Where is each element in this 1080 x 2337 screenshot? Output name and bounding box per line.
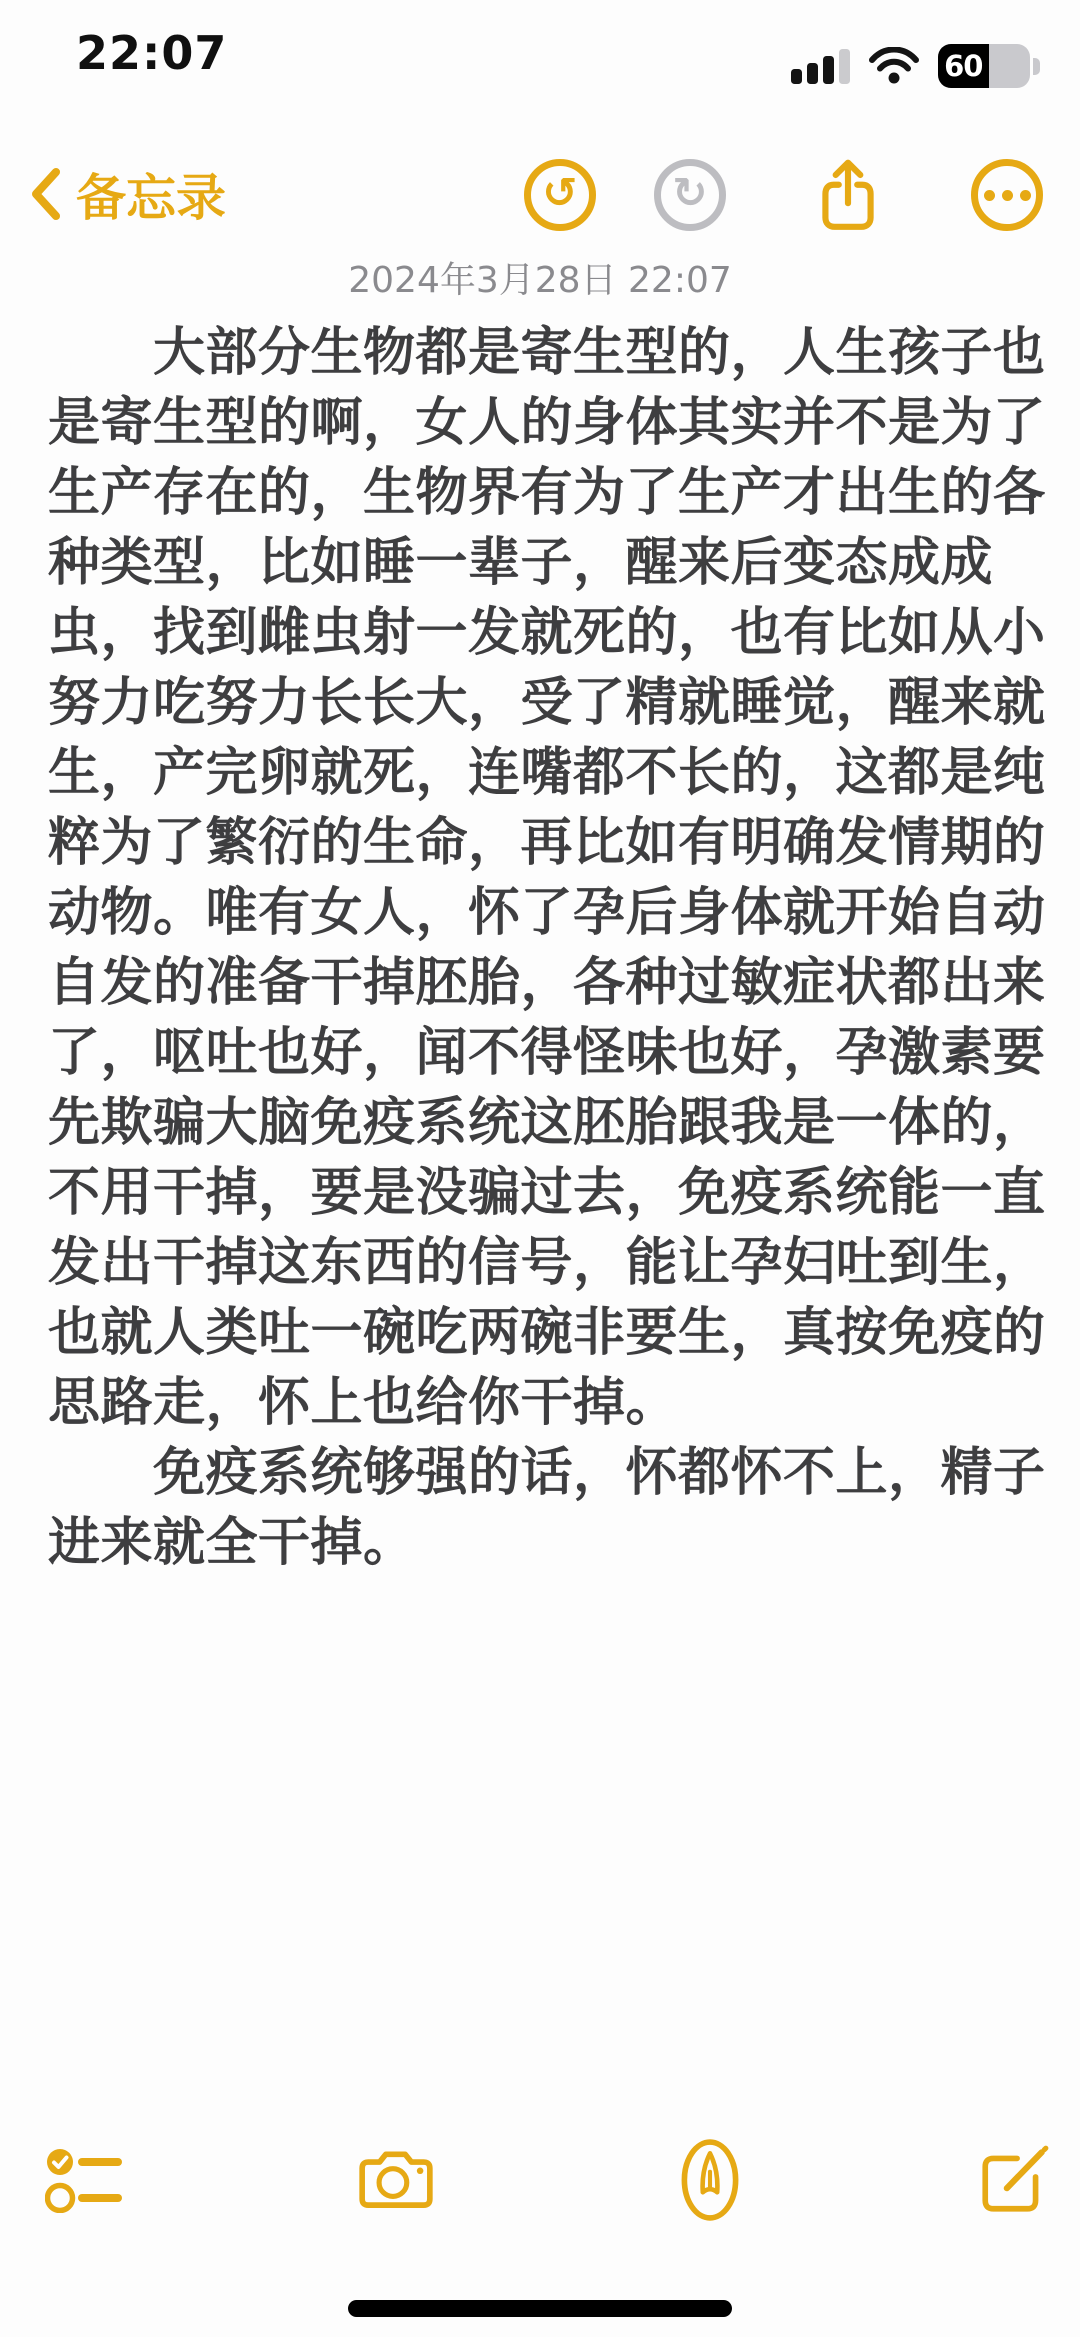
note-date: 2024年3月28日 22:07 <box>0 252 1080 303</box>
checklist-icon <box>45 2147 123 2213</box>
camera-button[interactable] <box>344 2128 448 2232</box>
cellular-signal-icon <box>791 48 850 84</box>
battery-percent: 60 <box>944 49 982 83</box>
note-text-line: 自发的准备干掉胚胎，各种过敏症状都出来 <box>48 948 1040 1018</box>
wifi-icon <box>868 47 920 85</box>
note-text-line: 生，产完卵就死，连嘴都不长的，这都是纯 <box>48 738 1040 808</box>
undo-icon: ↺ <box>524 159 596 231</box>
markup-pen-icon <box>680 2138 740 2222</box>
note-text-line: 不用干掉，要是没骗过去，免疫系统能一直 <box>48 1158 1040 1228</box>
undo-button[interactable]: ↺ <box>518 153 602 237</box>
note-text-line: 是寄生型的啊，女人的身体其实并不是为了 <box>48 388 1040 458</box>
chevron-left-icon <box>30 168 60 220</box>
note-text-line: 先欺骗大脑免疫系统这胚胎跟我是一体的， <box>48 1088 1040 1158</box>
more-button[interactable] <box>965 153 1049 237</box>
note-text-line: 动物。唯有女人，怀了孕后身体就开始自动 <box>48 878 1040 948</box>
note-text-line: 了，呕吐也好，闻不得怪味也好，孕激素要 <box>48 1018 1040 1088</box>
redo-icon: ↻ <box>654 159 726 231</box>
battery-cap <box>1033 58 1040 75</box>
camera-icon <box>356 2148 436 2212</box>
share-button[interactable] <box>806 153 890 237</box>
note-text-line: 免疫系统够强的话，怀都怀不上，精子 <box>48 1438 1040 1508</box>
note-text-line: 粹为了繁衍的生命，再比如有明确发情期的 <box>48 808 1040 878</box>
note-text-line: 思路走，怀上也给你干掉。 <box>48 1368 1040 1438</box>
compose-button[interactable] <box>962 2128 1066 2232</box>
note-text-line: 也就人类吐一碗吃两碗非要生，真按免疫的 <box>48 1298 1040 1368</box>
note-text-line: 虫，找到雌虫射一发就死的，也有比如从小 <box>48 598 1040 668</box>
note-text-line: 种类型，比如睡一辈子，醒来后变态成成 <box>48 528 1040 598</box>
battery-fill: 60 <box>938 44 989 88</box>
note-text-line: 大部分生物都是寄生型的，人生孩子也 <box>48 318 1040 388</box>
notes-app-screen: 22:07 60 备忘录 <box>0 0 1080 2337</box>
note-text-line: 进来就全干掉。 <box>48 1508 1040 1578</box>
redo-button[interactable]: ↻ <box>648 153 732 237</box>
status-icons: 60 <box>791 44 1040 88</box>
home-indicator[interactable] <box>348 2300 732 2317</box>
compose-icon <box>976 2142 1052 2218</box>
status-time: 22:07 <box>76 26 227 80</box>
share-icon <box>817 156 879 234</box>
back-button[interactable]: 备忘录 <box>30 158 226 230</box>
battery-icon: 60 <box>938 44 1040 88</box>
note-text-area[interactable]: 大部分生物都是寄生型的，人生孩子也是寄生型的啊，女人的身体其实并不是为了生产存在… <box>48 318 1040 1578</box>
note-text-line: 努力吃努力长长大，受了精就睡觉，醒来就 <box>48 668 1040 738</box>
note-text-line: 发出干掉这东西的信号，能让孕妇吐到生， <box>48 1228 1040 1298</box>
ellipsis-icon <box>971 159 1043 231</box>
note-text-line: 生产存在的，生物界有为了生产才出生的各 <box>48 458 1040 528</box>
checklist-button[interactable] <box>32 2128 136 2232</box>
back-label: 备忘录 <box>76 158 226 230</box>
markup-button[interactable] <box>658 2128 762 2232</box>
